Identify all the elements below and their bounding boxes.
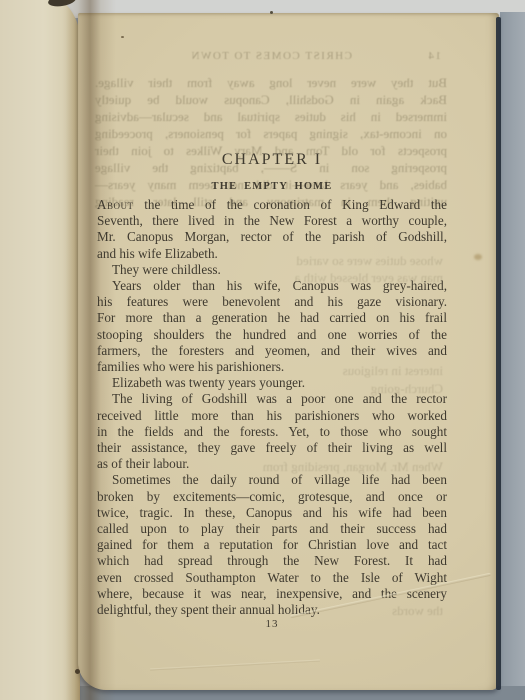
paragraph: Sometimes the daily round of village lif… (97, 472, 447, 618)
text-line: Sometimes the daily round of village lif… (97, 472, 447, 488)
text-line: called upon to play their parts and thei… (97, 521, 447, 537)
text-line: even crossed Southampton Water to the Is… (97, 570, 447, 586)
text-line: which had spread through the New Forest.… (97, 553, 447, 569)
text-line: stooping shoulders the hundred and one w… (97, 327, 447, 343)
section-title: THE EMPTY HOME (97, 181, 447, 192)
chapter-heading: CHAPTER I (97, 151, 447, 169)
text-line: delightful, they spent their annual holi… (97, 602, 447, 618)
text-line: twice, tragic. In these, Canopus and his… (97, 505, 447, 521)
text-line: broken by excitements—comic, grotesque, … (97, 489, 447, 505)
text-line: About the time of the coronation of King… (97, 197, 447, 213)
paragraph: Years older than his wife, Canopus was g… (97, 278, 447, 375)
bleed-running-head: 14 CHRIST COMES TO TOWN (95, 48, 447, 64)
heading-block: CHAPTER I THE EMPTY HOME (97, 151, 447, 192)
bleed-running-title: CHRIST COMES TO TOWN (95, 48, 447, 65)
text-line: For more than a generation he had carrie… (97, 310, 447, 326)
paragraph: The living of Godshill was a poor one an… (97, 391, 447, 472)
text-line: The living of Godshill was a poor one an… (97, 391, 447, 407)
body-text: About the time of the coronation of King… (97, 197, 447, 618)
bleed-text-line: on income-tax, signing papers for pensio… (95, 125, 447, 142)
text-line: They were childless. (97, 262, 447, 278)
page-number: 13 (97, 618, 447, 630)
text-line: Elizabeth was twenty years younger. (97, 375, 447, 391)
ink-speck (75, 669, 80, 674)
paragraph: They were childless. (97, 262, 447, 278)
text-line: Years older than his wife, Canopus was g… (97, 278, 447, 294)
background-right-strip (500, 12, 525, 700)
bleed-text-line: immersed in his duties spiritual and sec… (95, 108, 447, 125)
text-line: their assistance, they gave freely of th… (97, 440, 447, 456)
text-line: and his wife Elizabeth. (97, 246, 447, 262)
bleed-text-line: But they were never long away from their… (95, 74, 447, 91)
text-line: in the fields and the forests. Yet, to t… (97, 424, 447, 440)
paragraph: About the time of the coronation of King… (97, 197, 447, 262)
bleed-text-line: Back again in Godshill, Canopus would be… (95, 91, 447, 108)
ink-speck (270, 11, 273, 14)
ink-speck (121, 36, 124, 38)
text-line: families who were his parishioners. (97, 359, 447, 375)
cover-edge (496, 17, 501, 690)
book-photo: 14 CHRIST COMES TO TOWN But they were ne… (0, 0, 525, 700)
text-line: gained for them a reputation for Christi… (97, 537, 447, 553)
text-line: received little more than his parishione… (97, 408, 447, 424)
text-line: farmers, the foresters and yeomen, and t… (97, 343, 447, 359)
text-line: as of their labour. (97, 456, 447, 472)
small-caps-lead: About (97, 197, 134, 212)
stain-speck (474, 254, 482, 260)
text-line: Mr. Canopus Morgan, rector of the parish… (97, 229, 447, 245)
paragraph: Elizabeth was twenty years younger. (97, 375, 447, 391)
text-line: his features were benevolent and his gaz… (97, 294, 447, 310)
text-line: Seventh, there lived in the New Forest a… (97, 213, 447, 229)
